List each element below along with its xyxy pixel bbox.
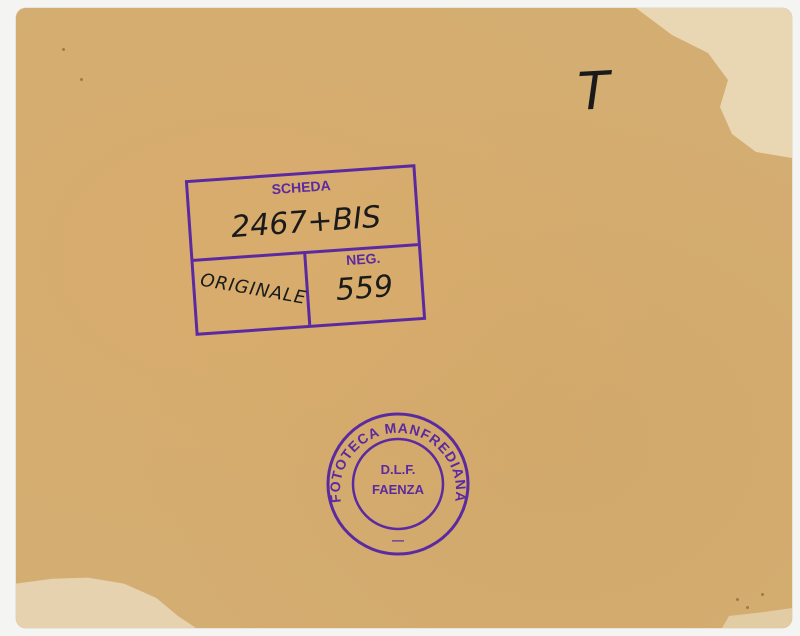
stamp-line1: D.L.F.	[381, 462, 416, 477]
stamp-bottom-mark: —	[392, 533, 404, 547]
stamp-line2: FAENZA	[372, 482, 425, 497]
water-stain-bottom-right	[722, 608, 792, 628]
water-stain-top-right	[592, 8, 792, 158]
scheda-value: 2467+BIS	[230, 200, 382, 245]
archive-stamp: SCHEDA 2467+BIS ORIGINALE NEG. 559	[185, 164, 426, 336]
institution-stamp: FOTOTECA MANFREDIANA D.L.F. FAENZA —	[322, 410, 474, 558]
original-value: ORIGINALE	[199, 270, 308, 309]
speck	[80, 78, 83, 81]
speck	[746, 606, 749, 609]
handwritten-mark: T	[576, 61, 611, 123]
water-stain-bottom-left	[16, 568, 196, 628]
speck	[761, 593, 764, 596]
speck	[62, 48, 65, 51]
speck	[736, 598, 739, 601]
neg-value: 559	[335, 269, 395, 308]
